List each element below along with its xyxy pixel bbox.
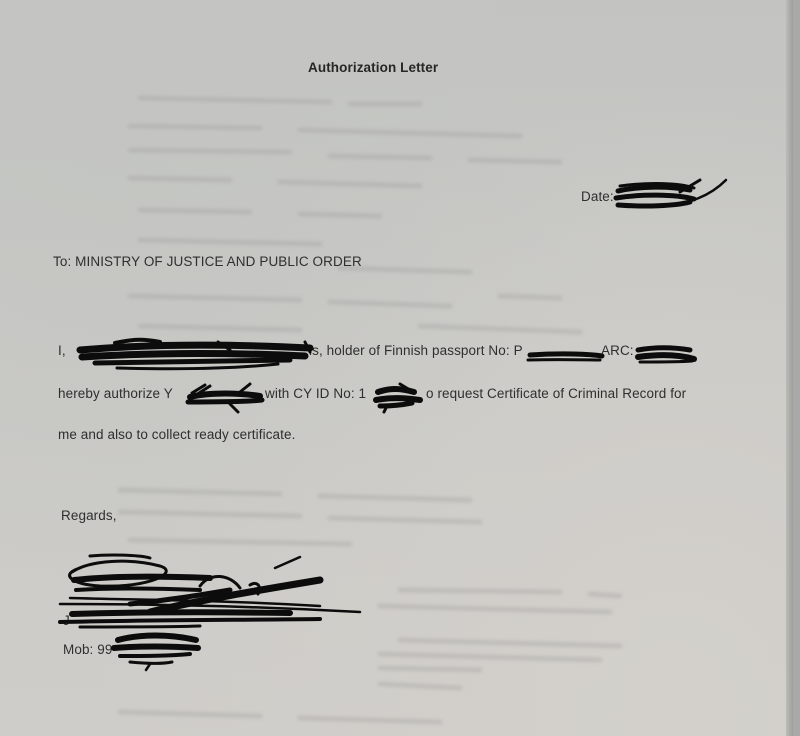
bleed-through-text [0, 0, 793, 736]
mobile-label: Mob: 99 [63, 642, 112, 657]
letter-page: Authorization Letter Date: To: MINISTRY … [0, 0, 793, 736]
date-label: Date: [581, 189, 614, 204]
closing-regards: Regards, [61, 508, 117, 523]
body-line3: me and also to collect ready certificate… [58, 427, 295, 442]
body-line2-request: o request Certificate of Criminal Record… [426, 386, 686, 401]
body-line2-cyid: with CY ID No: 1 [265, 386, 366, 401]
body-line2-prefix: hereby authorize Y [58, 386, 173, 401]
paper-edge [786, 0, 793, 736]
body-line1-passport: is, holder of Finnish passport No: P [309, 343, 523, 358]
letter-title: Authorization Letter [308, 60, 438, 75]
body-line1-arc: ARC: [601, 343, 634, 358]
recipient-line: To: MINISTRY OF JUSTICE AND PUBLIC ORDER [53, 254, 362, 269]
body-line1-prefix: I, [58, 343, 66, 358]
printed-name-initial: J [63, 613, 70, 628]
